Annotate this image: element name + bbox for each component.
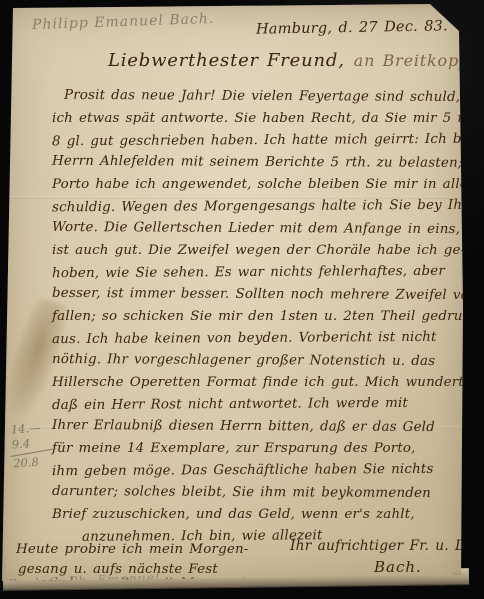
handwritten-line: aus. Ich habe keinen von beyden. Vorberi…: [52, 327, 437, 351]
handwritten-line: ist auch gut. Die Zweifel wegen der Chor…: [52, 240, 465, 262]
handwritten-line: für meine 14 Exemplare, zur Ersparung de…: [52, 438, 416, 460]
handwritten-line: Herrn Ahlefelden mit seinem Berichte 5 r…: [52, 151, 484, 176]
margin-calc-line: 20.8: [13, 453, 58, 471]
handwritten-line: ich etwas spät antworte. Sie haben Recht…: [52, 108, 483, 130]
handwritten-line: daß ein Herr Rost nicht antwortet. Ich w…: [52, 393, 408, 417]
handwritten-line: fallen; so schicken Sie mir den 1sten u.…: [52, 306, 484, 328]
handwritten-line: darunter; solches bleibt, Sie ihm mit be…: [52, 481, 431, 505]
handwritten-line: schuldig. Wegen des Morgengesangs halte …: [52, 195, 484, 220]
handwritten-line: Ihrer Erlaubniß diesen Herrn bitten, daß…: [52, 415, 435, 439]
letter-body: Prosit das neue Jahr! Die vielen Feyerta…: [2, 4, 466, 586]
scan-background: Philipp Emanuel Bach. Hamburg, d. 27 Dec…: [0, 0, 484, 599]
letter-scan: Philipp Emanuel Bach. Hamburg, d. 27 Dec…: [2, 4, 466, 586]
handwritten-line: hoben, wie Sie sehen. Es war nichts fehl…: [52, 261, 445, 285]
handwritten-line: 8 gl. gut geschrieben haben. Ich hatte m…: [52, 129, 484, 154]
signature: Bach.: [374, 558, 422, 576]
handwritten-line: Brief zuzuschicken, und das Geld, wenn e…: [52, 504, 415, 526]
valediction: Ihr aufrichtiger Fr. u. Dr.: [290, 538, 476, 554]
handwritten-line: ihm geben möge. Das Geschäftliche haben …: [52, 459, 434, 483]
handwritten-line: Prosit das neue Jahr! Die vielen Feyerta…: [64, 85, 484, 109]
handwritten-line: Hillersche Operetten Format finde ich gu…: [52, 372, 468, 394]
handwritten-line: nöthig. Ihr vorgeschlagener großer Noten…: [52, 349, 435, 373]
handwritten-line: besser, ist immer besser. Sollten noch m…: [52, 283, 480, 307]
closing-line: Heute probire ich mein Morgen-: [16, 542, 249, 557]
handwritten-line: Porto habe ich angewendet, solche bleibe…: [52, 174, 484, 196]
handwritten-line: Worte. Die Gellertschen Lieder mit dem A…: [52, 217, 460, 241]
margin-calculation-annotation: 14.— 9.4 20.8: [10, 420, 57, 472]
